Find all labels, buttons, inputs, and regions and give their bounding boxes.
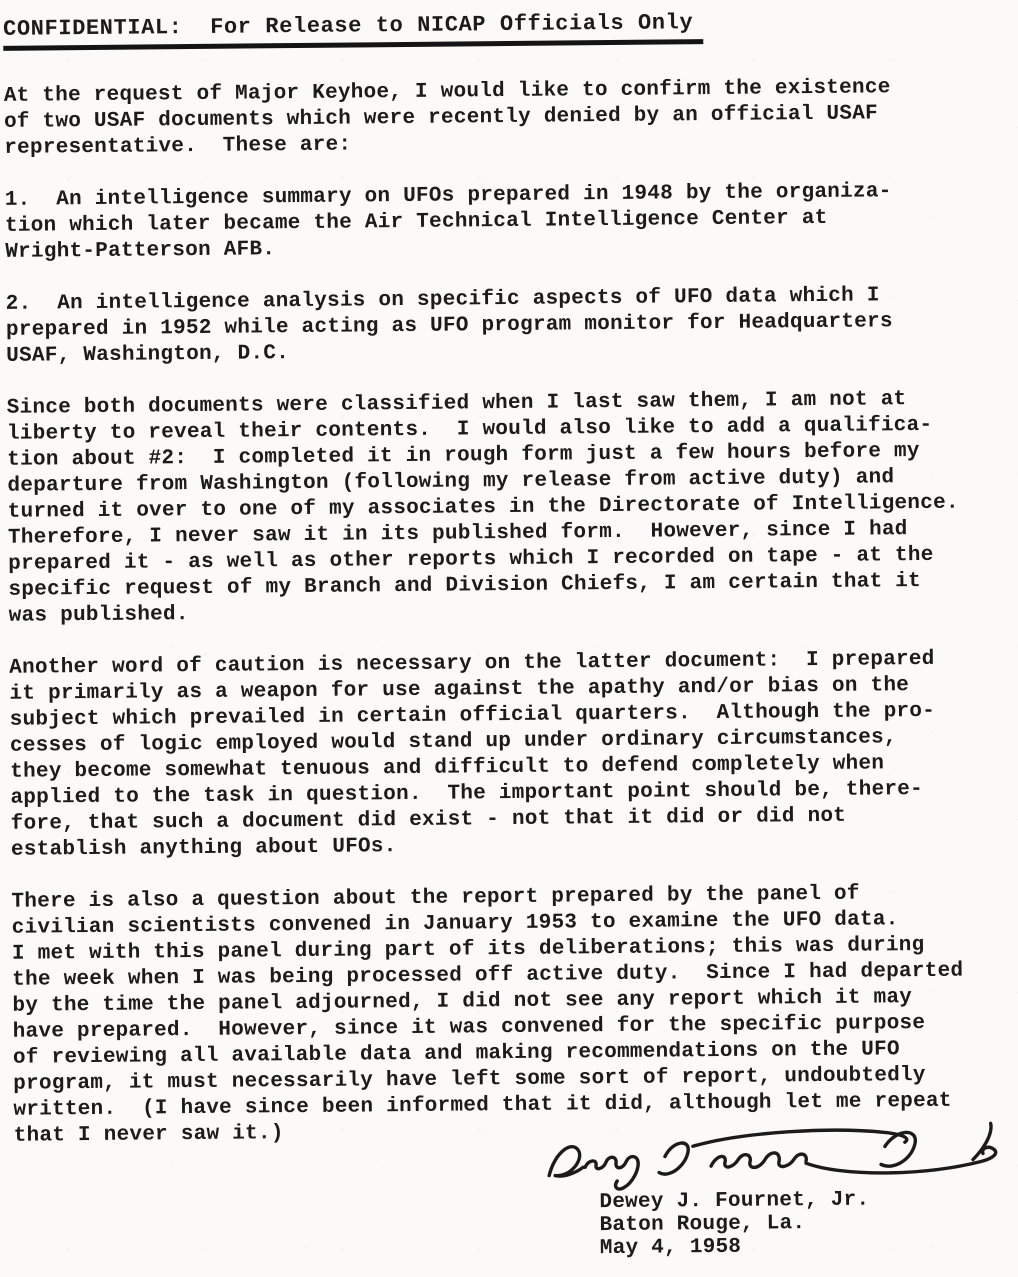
- handwritten-signature-icon: [533, 1117, 1010, 1194]
- classification-header: CONFIDENTIAL: For Release to NICAP Offic…: [3, 10, 703, 51]
- list-item-2-intelligence-analysis: 2. An intelligence analysis on specific …: [6, 282, 998, 370]
- paragraph-classified-qualification: Since both documents were classified whe…: [7, 386, 1000, 630]
- letter-body: CONFIDENTIAL: For Release to NICAP Offic…: [0, 0, 1018, 1150]
- list-item-1-intelligence-summary: 1. An intelligence summary on UFOs prepa…: [5, 178, 997, 266]
- paragraph-intro: At the request of Major Keyhoe, I would …: [4, 74, 996, 162]
- paragraph-panel-report: There is also a question about the repor…: [11, 880, 1004, 1150]
- paragraph-word-of-caution: Another word of caution is necessary on …: [9, 646, 1002, 864]
- scanned-letter-page: CONFIDENTIAL: For Release to NICAP Offic…: [0, 0, 1018, 1277]
- signature-block: Dewey J. Fournet, Jr. Baton Rouge, La. M…: [517, 1117, 1010, 1263]
